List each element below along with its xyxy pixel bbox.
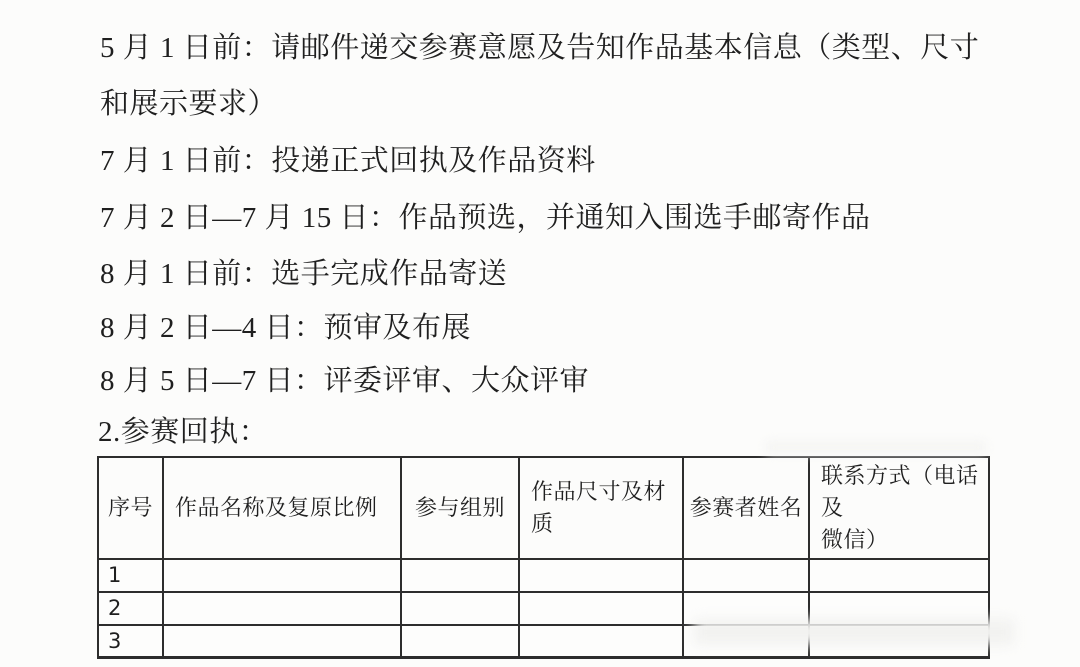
- scanned-document-page: 5 月 1 日前：请邮件递交参赛意愿及告知作品基本信息（类型、尺寸 和展示要求）…: [0, 0, 1080, 667]
- schedule-line-jul1: 7 月 1 日前：投递正式回执及作品资料: [100, 144, 596, 179]
- column-header-serial-no: 序号: [98, 457, 163, 559]
- column-header-contact: 联系方式（电话及 微信）: [809, 457, 989, 559]
- table-cell-empty: [683, 559, 809, 592]
- table-cell-empty: [519, 559, 683, 592]
- entry-receipt-table: 序号 作品名称及复原比例 参与组别 作品尺寸及材质 参赛者姓名 联系方式（电话及…: [97, 456, 990, 659]
- table-row: 2: [98, 592, 989, 625]
- table-cell-empty: [163, 592, 401, 625]
- schedule-line-may1: 5 月 1 日前：请邮件递交参赛意愿及告知作品基本信息（类型、尺寸: [100, 31, 979, 66]
- row-number: 2: [98, 592, 163, 625]
- column-header-participant-name: 参赛者姓名: [683, 457, 809, 559]
- schedule-line-may1-continuation: 和展示要求）: [100, 87, 277, 122]
- table-row: 3: [98, 625, 989, 658]
- table-cell-empty: [683, 625, 809, 658]
- row-number: 1: [98, 559, 163, 592]
- table-cell-empty: [401, 559, 519, 592]
- table-cell-empty: [683, 592, 809, 625]
- column-header-work-name-scale: 作品名称及复原比例: [163, 457, 401, 559]
- table-cell-empty: [163, 625, 401, 658]
- table-cell-empty: [401, 625, 519, 658]
- table-cell-empty: [809, 625, 989, 658]
- scan-shading-artifact: [766, 441, 986, 454]
- schedule-line-aug1: 8 月 1 日前：选手完成作品寄送: [100, 257, 507, 292]
- schedule-line-aug2-4: 8 月 2 日—4 日：预审及布展: [100, 311, 471, 346]
- table-header-row: 序号 作品名称及复原比例 参与组别 作品尺寸及材质 参赛者姓名 联系方式（电话及…: [98, 457, 989, 559]
- table-cell-empty: [519, 592, 683, 625]
- table-row: 1: [98, 559, 989, 592]
- column-header-size-material: 作品尺寸及材质: [519, 457, 683, 559]
- table-cell-empty: [163, 559, 401, 592]
- row-number: 3: [98, 625, 163, 658]
- table-cell-empty: [809, 559, 989, 592]
- section-heading-entry-receipt: 2.参赛回执：: [98, 409, 268, 450]
- table-cell-empty: [519, 625, 683, 658]
- table-cell-empty: [401, 592, 519, 625]
- schedule-line-jul2-15: 7 月 2 日—7 月 15 日：作品预选，并通知入围选手邮寄作品: [100, 201, 871, 236]
- schedule-line-aug5-7: 8 月 5 日—7 日：评委评审、大众评审: [100, 364, 589, 399]
- table-cell-empty: [809, 592, 989, 625]
- column-header-group: 参与组别: [401, 457, 519, 559]
